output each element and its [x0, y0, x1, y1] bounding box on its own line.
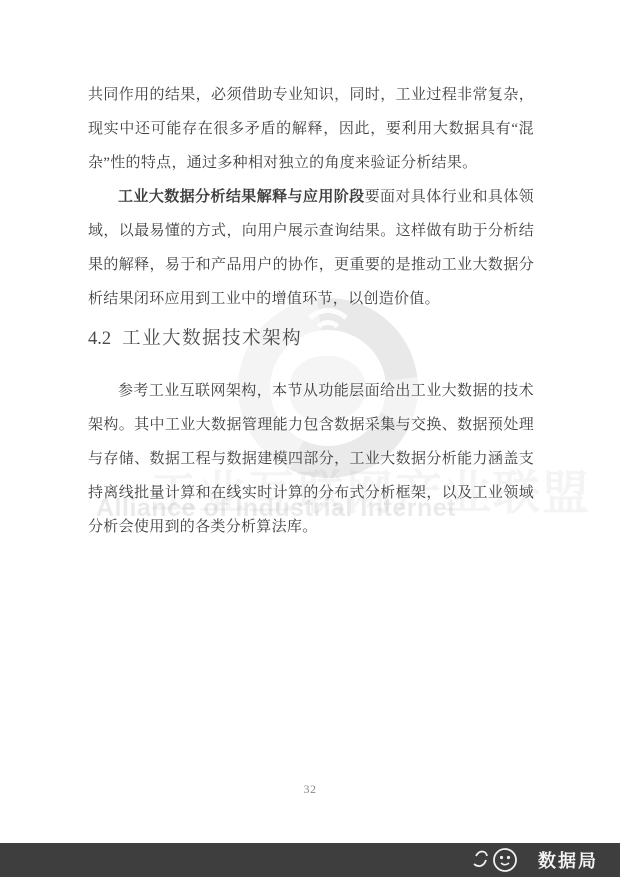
- section-heading: 4.2工业大数据技术架构: [88, 322, 534, 360]
- brand-logo-icon: [471, 847, 531, 873]
- page-content: 共同作用的结果，必须借助专业知识，同时，工业过程非常复杂，现实中还可能存在很多矛…: [88, 78, 534, 544]
- brand-name: 数据局: [538, 847, 598, 873]
- paragraph-2-text: 要面对具体行业和具体领域，以最易懂的方式，向用户展示查询结果。这样做有助于分析结…: [88, 189, 534, 307]
- paragraph-1: 共同作用的结果，必须借助专业知识，同时，工业过程非常复杂，现实中还可能存在很多矛…: [88, 78, 534, 180]
- heading-number: 4.2: [88, 329, 111, 349]
- paragraph-2: 工业大数据分析结果解释与应用阶段要面对具体行业和具体领域，以最易懂的方式，向用户…: [88, 180, 534, 316]
- heading-title: 工业大数据技术架构: [122, 327, 302, 348]
- document-page: 工业互联网产业联盟 Alliance of Industrial Interne…: [0, 0, 620, 877]
- page-number: 32: [0, 782, 620, 797]
- paragraph-3: 参考工业互联网架构，本节从功能层面给出工业大数据的技术架构。其中工业大数据管理能…: [88, 374, 534, 544]
- paragraph-2-bold-lead: 工业大数据分析结果解释与应用阶段: [118, 189, 365, 205]
- footer-bar: 数据局: [0, 843, 620, 877]
